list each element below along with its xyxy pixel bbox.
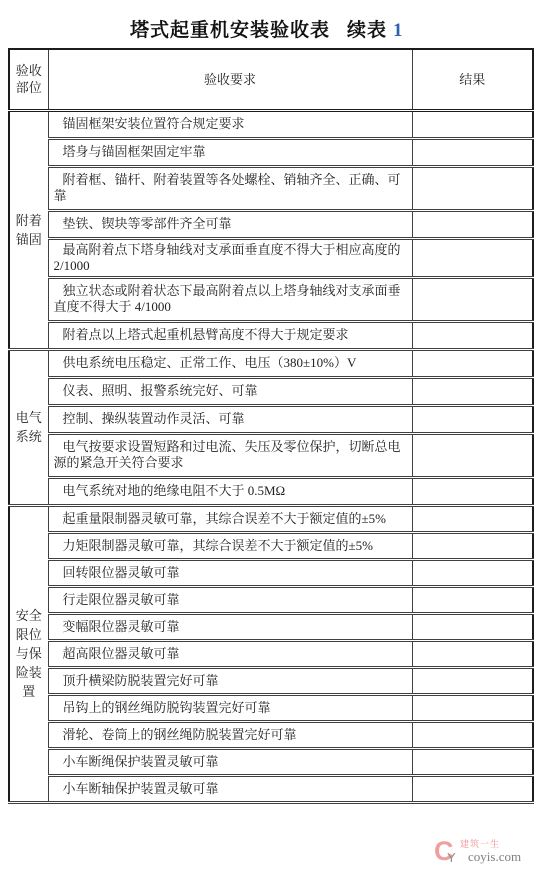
requirement-cell: 力矩限制器灵敏可靠，其综合误差不大于额定值的±5% bbox=[48, 532, 412, 559]
table-row: 塔身与锚固框架固定牢靠 bbox=[9, 138, 533, 166]
requirement-cell: 控制、操纵装置动作灵活、可靠 bbox=[48, 405, 412, 433]
requirement-cell: 顶升横梁防脱装置完好可靠 bbox=[48, 667, 412, 694]
result-cell bbox=[412, 349, 533, 377]
section-label-electrical: 电气系统 bbox=[9, 349, 48, 505]
result-cell bbox=[412, 613, 533, 640]
col-header-requirement: 验收要求 bbox=[48, 49, 412, 110]
table-row: 最高附着点下塔身轴线对支承面垂直度不得大于相应高度的2/1000 bbox=[9, 238, 533, 277]
result-cell bbox=[412, 166, 533, 210]
result-cell bbox=[412, 433, 533, 477]
result-cell bbox=[412, 138, 533, 166]
result-cell bbox=[412, 377, 533, 405]
result-cell bbox=[412, 238, 533, 277]
requirement-cell: 最高附着点下塔身轴线对支承面垂直度不得大于相应高度的2/1000 bbox=[48, 238, 412, 277]
table-row: 电气系统 供电系统电压稳定、正常工作、电压（380±10%）V bbox=[9, 349, 533, 377]
continuation-label: 续表1 bbox=[347, 15, 404, 42]
table-row: 附着锚固 锚固框架安装位置符合规定要求 bbox=[9, 110, 533, 138]
requirement-cell: 垫铁、锲块等零部件齐全可靠 bbox=[48, 210, 412, 238]
requirement-cell: 行走限位器灵敏可靠 bbox=[48, 586, 412, 613]
result-cell bbox=[412, 210, 533, 238]
title-bar: 塔式起重机安装验收表 续表1 bbox=[0, 15, 540, 41]
result-cell bbox=[412, 559, 533, 586]
table-row: 变幅限位器灵敏可靠 bbox=[9, 613, 533, 640]
result-cell bbox=[412, 694, 533, 721]
table-row: 仪表、照明、报警系统完好、可靠 bbox=[9, 377, 533, 405]
result-cell bbox=[412, 640, 533, 667]
requirement-cell: 塔身与锚固框架固定牢靠 bbox=[48, 138, 412, 166]
watermark-brand: 建筑一生 bbox=[460, 839, 532, 849]
table-row: 独立状态或附着状态下最高附着点以上塔身轴线对支承面垂直度不得大于 4/1000 bbox=[9, 277, 533, 321]
col-header-part: 验收部位 bbox=[9, 49, 48, 110]
table-row: 附着框、锚杆、附着装置等各处螺栓、销轴齐全、正确、可靠 bbox=[9, 166, 533, 210]
table-row: 电气系统对地的绝缘电阻不大于 0.5MΩ bbox=[9, 477, 533, 505]
requirement-cell: 超高限位器灵敏可靠 bbox=[48, 640, 412, 667]
section-label-anchoring: 附着锚固 bbox=[9, 110, 48, 349]
table-row: 吊钩上的钢丝绳防脱钩装置完好可靠 bbox=[9, 694, 533, 721]
continuation-prefix: 续表 bbox=[347, 20, 387, 41]
result-cell bbox=[412, 775, 533, 802]
result-cell bbox=[412, 477, 533, 505]
table-row: 垫铁、锲块等零部件齐全可靠 bbox=[9, 210, 533, 238]
requirement-cell: 吊钩上的钢丝绳防脱钩装置完好可靠 bbox=[48, 694, 412, 721]
result-cell bbox=[412, 667, 533, 694]
requirement-cell: 起重量限制器灵敏可靠，其综合误差不大于额定值的±5% bbox=[48, 505, 412, 532]
watermark-text-block: 建筑一生 coyis.com bbox=[460, 839, 532, 864]
table-row: 行走限位器灵敏可靠 bbox=[9, 586, 533, 613]
watermark-logo-y-icon: Y bbox=[447, 851, 456, 864]
watermark-domain: coyis.com bbox=[460, 849, 532, 864]
acceptance-table: 验收部位 验收要求 结果 附着锚固 锚固框架安装位置符合规定要求 塔身与锚固框架… bbox=[8, 48, 534, 804]
section-label-safety: 安全限位与保险装置 bbox=[9, 505, 48, 802]
table-row: 安全限位与保险装置 起重量限制器灵敏可靠，其综合误差不大于额定值的±5% bbox=[9, 505, 533, 532]
requirement-cell: 回转限位器灵敏可靠 bbox=[48, 559, 412, 586]
continuation-number: 1 bbox=[393, 20, 404, 41]
table-row: 控制、操纵装置动作灵活、可靠 bbox=[9, 405, 533, 433]
table-row: 小车断轴保护装置灵敏可靠 bbox=[9, 775, 533, 802]
table-row: 超高限位器灵敏可靠 bbox=[9, 640, 533, 667]
requirement-cell: 小车断轴保护装置灵敏可靠 bbox=[48, 775, 412, 802]
requirement-cell: 供电系统电压稳定、正常工作、电压（380±10%）V bbox=[48, 349, 412, 377]
result-cell bbox=[412, 321, 533, 349]
document-page: 塔式起重机安装验收表 续表1 验收部位 验收要求 结果 附着锚固 锚固框架安装位… bbox=[0, 0, 540, 879]
requirement-cell: 小车断绳保护装置灵敏可靠 bbox=[48, 748, 412, 775]
result-cell bbox=[412, 586, 533, 613]
requirement-cell: 滑轮、卷筒上的钢丝绳防脱装置完好可靠 bbox=[48, 721, 412, 748]
page-title: 塔式起重机安装验收表 bbox=[130, 15, 330, 42]
result-cell bbox=[412, 748, 533, 775]
requirement-cell: 独立状态或附着状态下最高附着点以上塔身轴线对支承面垂直度不得大于 4/1000 bbox=[48, 277, 412, 321]
table-row: 电气按要求设置短路和过电流、失压及零位保护，切断总电源的紧急开关符合要求 bbox=[9, 433, 533, 477]
col-header-result: 结果 bbox=[412, 49, 533, 110]
result-cell bbox=[412, 110, 533, 138]
table-row: 回转限位器灵敏可靠 bbox=[9, 559, 533, 586]
requirement-cell: 电气系统对地的绝缘电阻不大于 0.5MΩ bbox=[48, 477, 412, 505]
requirement-cell: 锚固框架安装位置符合规定要求 bbox=[48, 110, 412, 138]
requirement-cell: 变幅限位器灵敏可靠 bbox=[48, 613, 412, 640]
watermark: C Y 建筑一生 coyis.com bbox=[432, 838, 532, 868]
result-cell bbox=[412, 532, 533, 559]
table-row: 顶升横梁防脱装置完好可靠 bbox=[9, 667, 533, 694]
result-cell bbox=[412, 405, 533, 433]
header-row: 验收部位 验收要求 结果 bbox=[9, 49, 533, 110]
table-row: 小车断绳保护装置灵敏可靠 bbox=[9, 748, 533, 775]
requirement-cell: 附着点以上塔式起重机悬臂高度不得大于规定要求 bbox=[48, 321, 412, 349]
result-cell bbox=[412, 277, 533, 321]
requirement-cell: 附着框、锚杆、附着装置等各处螺栓、销轴齐全、正确、可靠 bbox=[48, 166, 412, 210]
table-row: 附着点以上塔式起重机悬臂高度不得大于规定要求 bbox=[9, 321, 533, 349]
requirement-cell: 仪表、照明、报警系统完好、可靠 bbox=[48, 377, 412, 405]
result-cell bbox=[412, 721, 533, 748]
requirement-cell: 电气按要求设置短路和过电流、失压及零位保护，切断总电源的紧急开关符合要求 bbox=[48, 433, 412, 477]
table-row: 滑轮、卷筒上的钢丝绳防脱装置完好可靠 bbox=[9, 721, 533, 748]
table-row: 力矩限制器灵敏可靠，其综合误差不大于额定值的±5% bbox=[9, 532, 533, 559]
result-cell bbox=[412, 505, 533, 532]
